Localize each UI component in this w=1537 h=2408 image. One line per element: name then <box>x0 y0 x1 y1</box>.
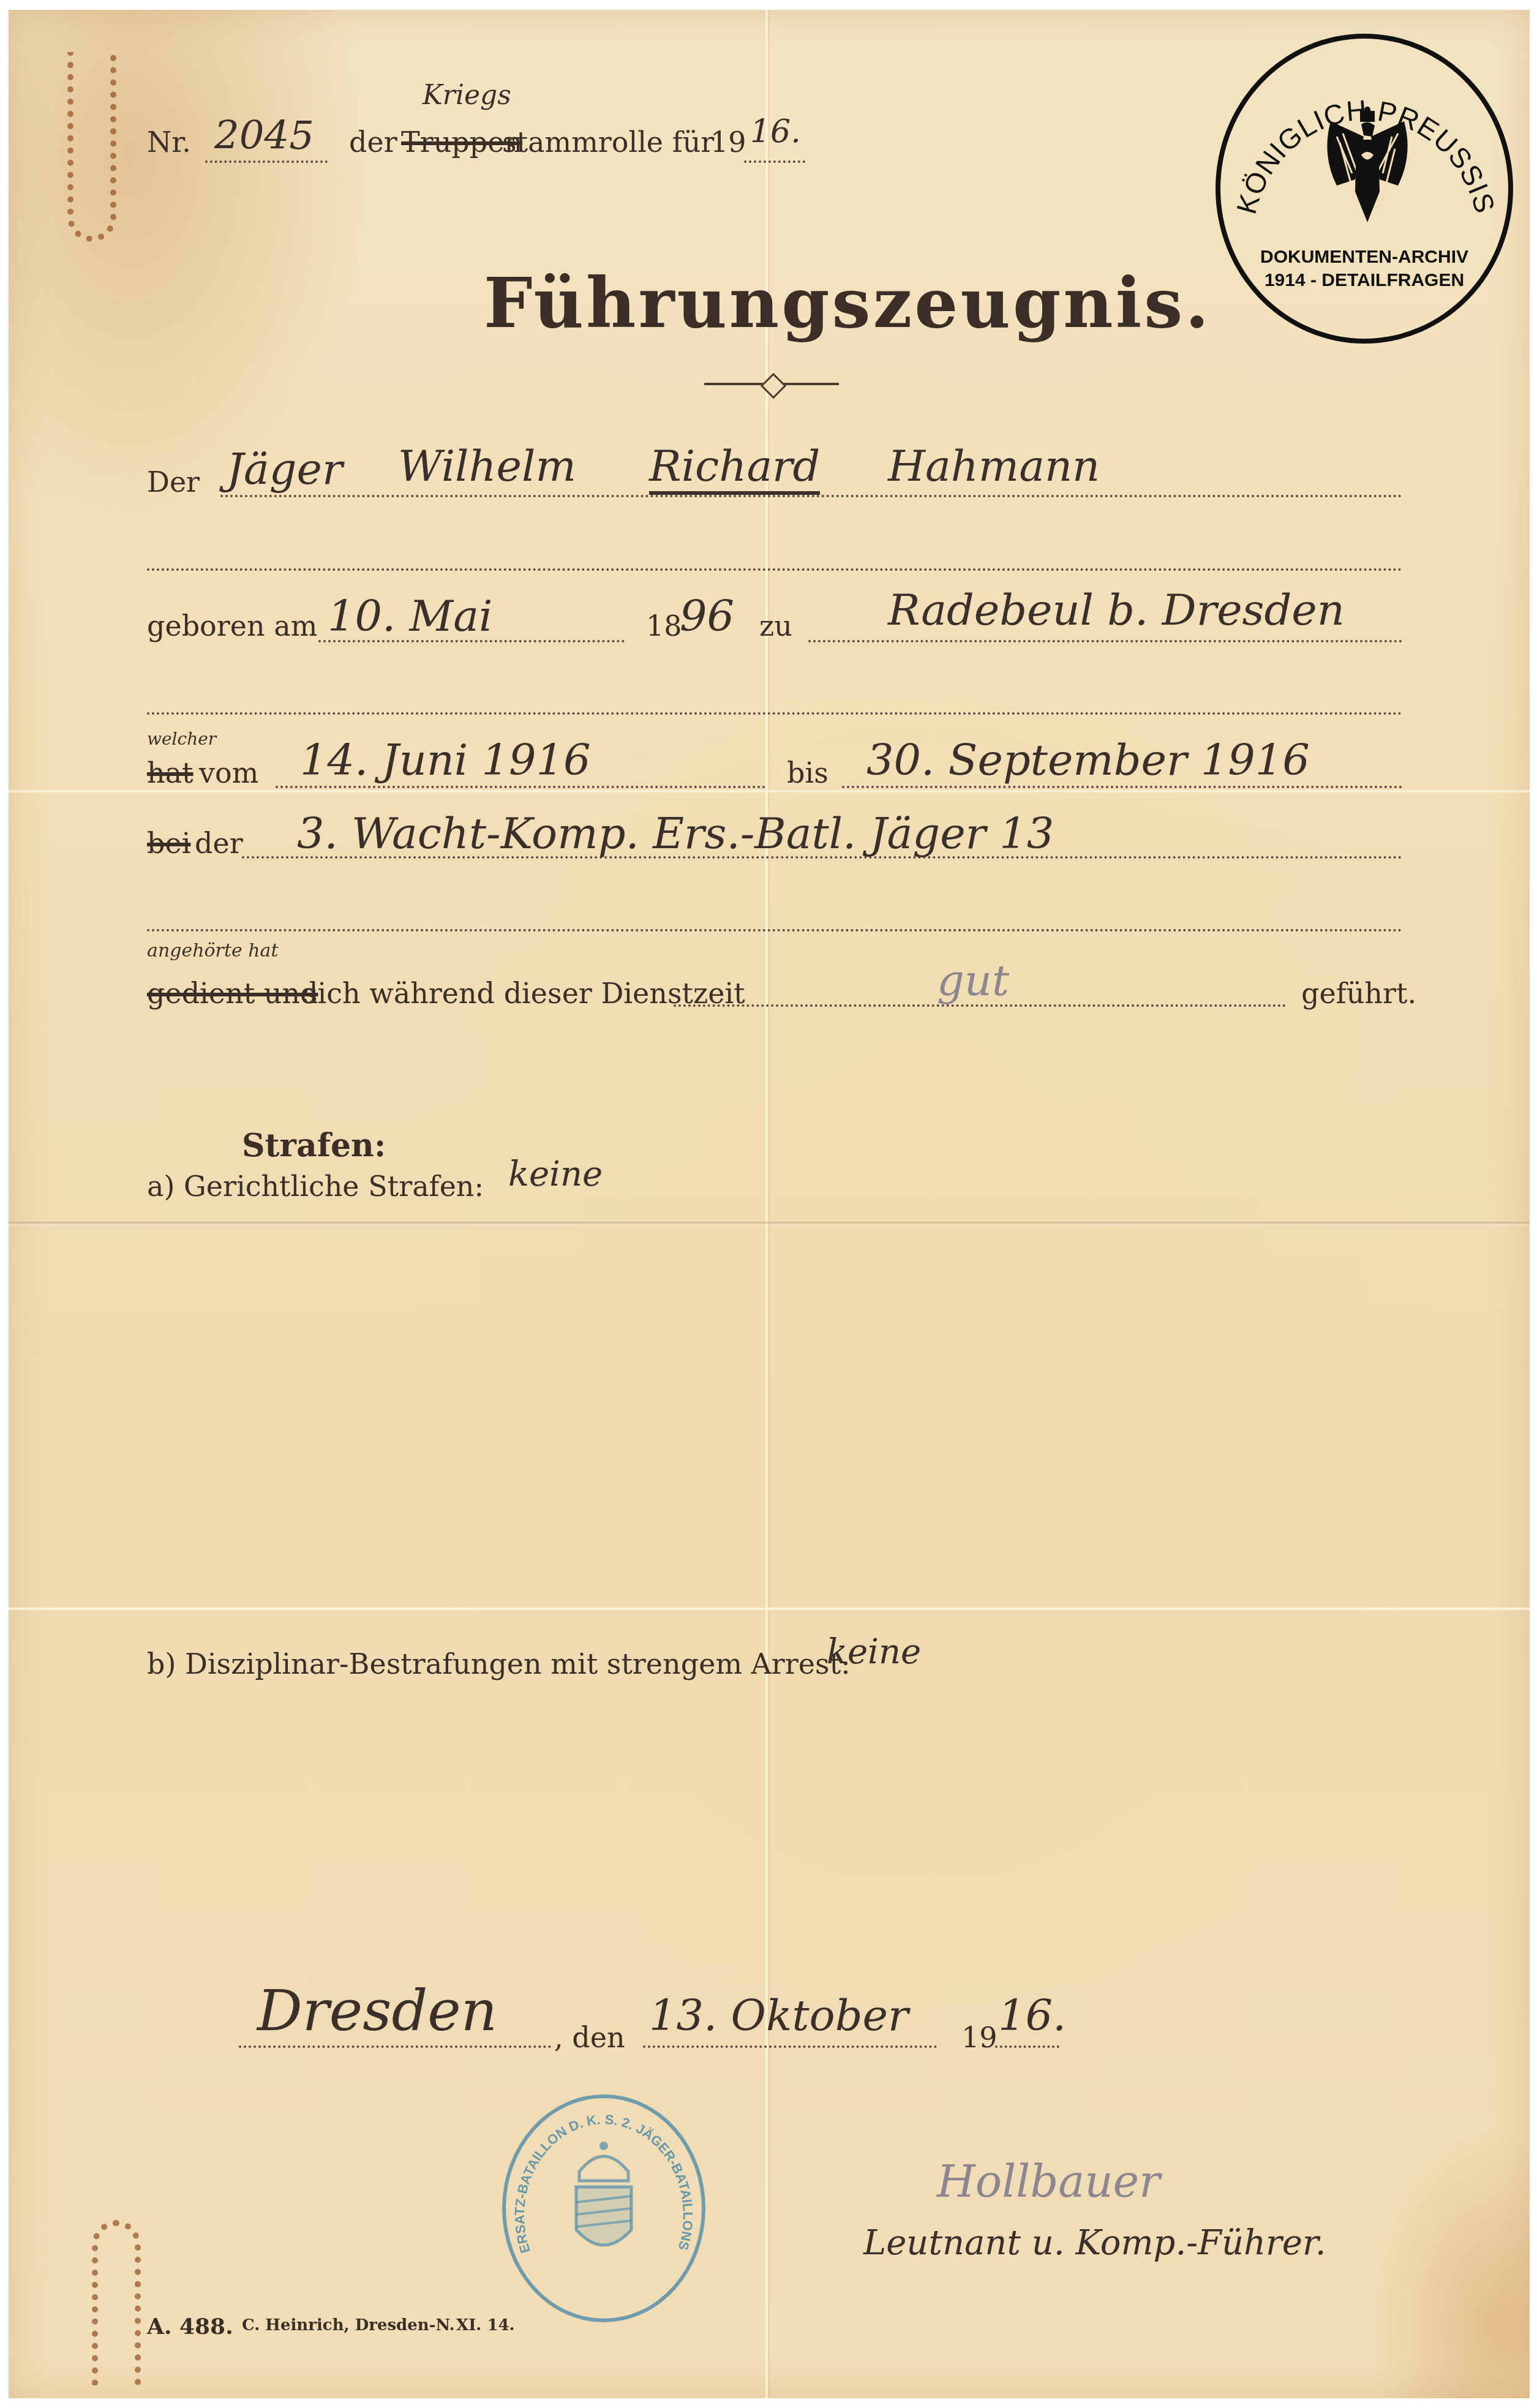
horizontal-fold <box>9 1222 1530 1225</box>
signature-title: Leutnant u. Komp.-Führer. <box>863 2223 1326 2263</box>
rust-staple-mark <box>67 52 116 242</box>
rank-value: Jäger <box>227 444 343 494</box>
nr-dotted-line <box>205 160 328 163</box>
to-date: 30. September 1916 <box>866 735 1310 785</box>
der-label: der <box>349 126 397 159</box>
issue-year-prefix: 19 <box>961 2021 998 2054</box>
struck-bei: bei <box>147 827 190 860</box>
from-date: 14. Juni 1916 <box>300 735 591 785</box>
zu-label: zu <box>759 609 792 642</box>
birth-year-prefix: 18 <box>646 609 682 642</box>
printer-name: C. Heinrich, Dresden-N. <box>242 2316 455 2335</box>
court-penalties-value: keine <box>508 1154 603 1194</box>
form-number: A. 488. <box>147 2314 233 2339</box>
der-label: Der <box>147 465 200 499</box>
birth-place: Radebeul b. Dresden <box>888 585 1345 635</box>
issue-year-suffix: 16. <box>998 1990 1066 2041</box>
birth-place-dotted-line <box>808 640 1402 642</box>
birth-day-month: 10. Mai <box>328 591 492 641</box>
place-dotted-line <box>239 2045 551 2048</box>
battalion-stamp: ERSATZ-BATAILLON D. K. S. 2. JÄGER-BATAI… <box>502 2094 705 2322</box>
year-suffix: 16. <box>750 113 801 150</box>
blank-dotted-line <box>147 712 1402 715</box>
penalties-heading: Strafen: <box>242 1127 386 1164</box>
rust-staple-mark <box>92 2220 141 2385</box>
blank-dotted-line <box>147 568 1402 571</box>
disciplinary-penalties-label: b) Disziplinar-Bestrafungen mit strengem… <box>147 1647 851 1680</box>
blank-dotted-line <box>147 929 1402 931</box>
gefuehrt-label: geführt. <box>1301 977 1416 1010</box>
middle-name-underlined: Richard <box>649 441 820 495</box>
signature-name: Hollbauer <box>937 2156 1160 2207</box>
seal-line-1: DOKUMENTEN-ARCHIV <box>1220 247 1508 268</box>
inserted-kriegs: Kriegs <box>423 80 511 111</box>
conduct-value: gut <box>937 955 1009 1006</box>
unit-value: 3. Wacht-Komp. Ers.-Batl. Jäger 13 <box>297 808 1054 859</box>
birth-year-suffix: 96 <box>680 591 734 641</box>
year-prefix: 19 <box>710 126 746 159</box>
vom-label: vom <box>199 756 258 789</box>
seal-line-2: 1914 - DETAILFRAGEN <box>1220 270 1508 291</box>
first-name: Wilhelm <box>398 441 576 491</box>
place-value: Dresden <box>257 1978 497 2044</box>
horizontal-fold <box>9 1608 1530 1610</box>
disciplinary-penalties-value: keine <box>827 1632 921 1672</box>
issue-date: 13. Oktober <box>649 1990 908 2041</box>
struck-gedient-und: gedient und <box>147 977 318 1010</box>
prussian-eagle-icon <box>1318 106 1416 228</box>
nr-value: 2045 <box>214 113 314 159</box>
inserted-welcher: welcher <box>147 729 216 749</box>
geboren-label: geboren am <box>147 609 317 642</box>
date-dotted-line <box>643 2045 937 2048</box>
issue-year-dotted-line <box>995 2045 1059 2048</box>
crown-shield-icon: ERSATZ-BATAILLON D. K. S. 2. JÄGER-BATAI… <box>506 2098 702 2319</box>
der-label: der <box>195 827 243 860</box>
title-ornament <box>704 383 839 385</box>
archive-seal: KÖNIGLICH PREUSSISCHES DOKUMENTEN-ARCHIV… <box>1216 34 1513 344</box>
horizontal-fold <box>9 790 1530 792</box>
to-date-dotted-line <box>842 786 1402 788</box>
struck-hat: hat <box>147 756 194 789</box>
printer-edition: XI. 14. <box>456 2316 515 2335</box>
last-name: Hahmann <box>888 441 1100 491</box>
document-title: Führungszeugnis. <box>484 263 1211 344</box>
nr-label: Nr. <box>147 126 191 159</box>
stammrolle-label: stammrolle für <box>502 126 714 159</box>
bis-label: bis <box>787 756 829 789</box>
inserted-angehoerte: angehörte hat <box>147 940 279 961</box>
year-dotted-line <box>744 160 805 163</box>
court-penalties-label: a) Gerichtliche Strafen: <box>147 1170 484 1203</box>
name-dotted-line <box>220 495 1402 497</box>
from-date-dotted-line <box>276 786 765 788</box>
den-label: , den <box>554 2021 625 2054</box>
